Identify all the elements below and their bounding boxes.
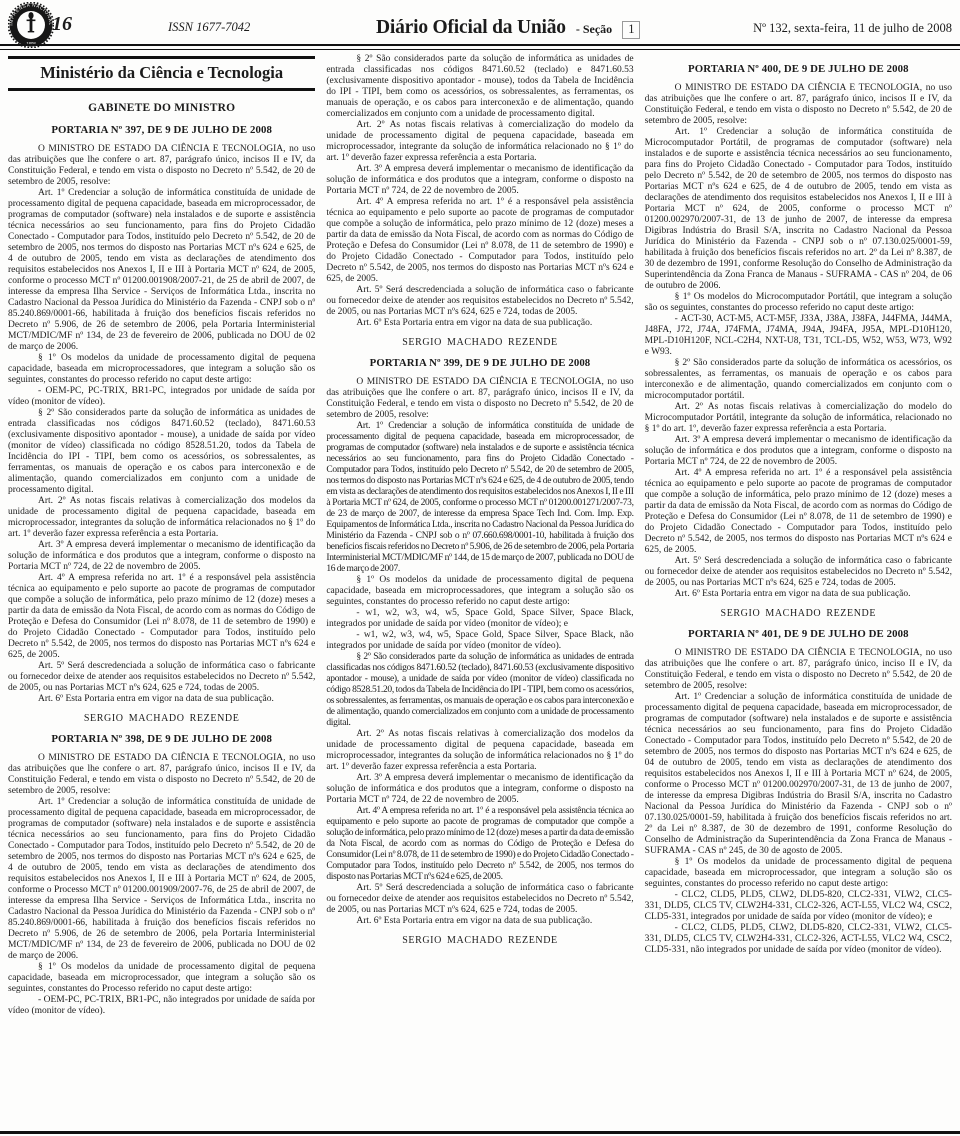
- paragraph: Art. 6º Esta Portaria entra em vigor na …: [326, 318, 633, 329]
- gazette-page: IMPRENSA NACIONAL 1808 16 ISSN 1677-7042…: [0, 0, 960, 1136]
- portaria-heading: PORTARIA Nº 400, DE 9 DE JULHO DE 2008: [645, 63, 952, 75]
- signature: SERGIO MACHADO REZENDE: [645, 608, 952, 619]
- paragraph: § 1º Os modelos da unidade de processame…: [645, 857, 952, 890]
- paragraph: Art. 4º A empresa referida no art. 1º é …: [8, 573, 315, 661]
- paragraph: § 2º São considerados parte da solução d…: [8, 408, 315, 496]
- imprensa-nacional-logo: IMPRENSA NACIONAL 1808: [8, 2, 54, 48]
- paragraph: - CLC2, CLD5, PLD5, CLW2, DLD5-820, CLC2…: [645, 923, 952, 956]
- paragraph: - ACT-30, ACT-M5, ACT-M5F, J33A, J38A, J…: [645, 314, 952, 358]
- paragraph: Art. 3º A empresa deverá implementar o m…: [326, 164, 633, 197]
- paragraph: Art. 1º Credenciar a solução de informát…: [326, 421, 633, 575]
- paragraph: Art. 4º A empresa referida no art. 1º é …: [326, 806, 633, 883]
- paragraph: Art. 2º As notas fiscais relativas à com…: [8, 496, 315, 540]
- column-3: PORTARIA Nº 400, DE 9 DE JULHO DE 2008O …: [645, 54, 952, 1129]
- signature: SERGIO MACHADO REZENDE: [326, 935, 633, 946]
- paragraph: Art. 1º Credenciar a solução de informát…: [645, 127, 952, 292]
- paragraph: O MINISTRO DE ESTADO DA CIÊNCIA E TECNOL…: [645, 83, 952, 127]
- paragraph: O MINISTRO DE ESTADO DA CIÊNCIA E TECNOL…: [645, 648, 952, 692]
- paragraph: - OEM-PC, PC-TRIX, BR1-PC, não integrado…: [8, 995, 315, 1017]
- edition-info: Nº 132, sexta-feira, 11 de julho de 2008: [753, 21, 952, 36]
- paragraph: - OEM-PC, PC-TRIX, BR1-PC, integrados po…: [8, 386, 315, 408]
- paragraph: Art. 3º A empresa deverá implementar o m…: [645, 435, 952, 468]
- paragraph: § 1º Os modelos do Microcomputador Portá…: [645, 292, 952, 314]
- header-rule: [0, 44, 960, 50]
- paragraph: Art. 2º As notas fiscais relativas à com…: [326, 729, 633, 773]
- column-1: Ministério da Ciência e TecnologiaGABINE…: [8, 54, 315, 1129]
- paragraph: Art. 2º As notas fiscais relativas à com…: [645, 402, 952, 435]
- section-heading: GABINETE DO MINISTRO: [8, 102, 315, 115]
- section-label: - Seção: [576, 22, 612, 36]
- section-number: 1: [622, 21, 640, 39]
- paragraph: Art. 5º Será descredenciada a solução de…: [8, 661, 315, 694]
- paragraph: § 1º Os modelos da unidade de processame…: [8, 962, 315, 995]
- portaria-heading: PORTARIA Nº 397, DE 9 DE JULHO DE 2008: [8, 124, 315, 136]
- paragraph: Art. 6º Esta Portaria entra em vigor na …: [8, 694, 315, 705]
- portaria-heading: PORTARIA Nº 398, DE 9 DE JULHO DE 2008: [8, 733, 315, 745]
- signature: SERGIO MACHADO REZENDE: [8, 713, 315, 724]
- ministry-banner: Ministério da Ciência e Tecnologia: [8, 56, 315, 91]
- paragraph: Art. 5º Será descredenciada a solução de…: [645, 556, 952, 589]
- paragraph: § 1º Os modelos da unidade de processame…: [8, 353, 315, 386]
- paragraph: Art. 1º Credenciar a solução de informát…: [645, 692, 952, 857]
- paragraph: § 1º Os modelos da unidade de processame…: [326, 575, 633, 608]
- paragraph: O MINISTRO DE ESTADO DA CIÊNCIA E TECNOL…: [8, 753, 315, 797]
- paragraph: Art. 1º Credenciar a solução de informát…: [8, 188, 315, 353]
- paragraph: Art. 6º Esta Portaria entra em vigor na …: [645, 589, 952, 600]
- content-columns: Ministério da Ciência e TecnologiaGABINE…: [8, 54, 952, 1129]
- portaria-heading: PORTARIA Nº 399, DE 9 DE JULHO DE 2008: [326, 357, 633, 369]
- paragraph: Art. 4º A empresa referida no art. 1º é …: [645, 468, 952, 556]
- paragraph: Art. 1º Credenciar a solução de informát…: [8, 797, 315, 962]
- paragraph: Art. 3º A empresa deverá implementar o m…: [8, 540, 315, 573]
- paragraph: O MINISTRO DE ESTADO DA CIÊNCIA E TECNOL…: [8, 144, 315, 188]
- signature: SERGIO MACHADO REZENDE: [326, 337, 633, 348]
- paragraph: Art. 4º A empresa referida no art. 1º é …: [326, 197, 633, 285]
- paragraph: § 2º São considerados parte da solução d…: [326, 54, 633, 120]
- paragraph: - CLC2, CLD5, PLD5, CLW2, DLD5-820, CLC2…: [645, 890, 952, 923]
- paragraph: O MINISTRO DE ESTADO DA CIÊNCIA E TECNOL…: [326, 377, 633, 421]
- paragraph: § 2º São considerados parte da solução d…: [326, 652, 633, 729]
- imprensa-nacional-seal-icon: IMPRENSA NACIONAL 1808: [8, 2, 54, 48]
- footer-rule: [0, 1131, 960, 1135]
- paragraph: Art. 5º Será descredenciada a solução de…: [326, 285, 633, 318]
- paragraph: Art. 2º As notas fiscais relativas à com…: [326, 120, 633, 164]
- gazette-title: Diário Oficial da União: [376, 17, 566, 38]
- issn-label: ISSN 1677-7042: [168, 20, 250, 35]
- paragraph: Art. 3º A empresa deverá implementar o m…: [326, 773, 633, 806]
- paragraph: § 2º São considerados parte da solução d…: [645, 358, 952, 402]
- portaria-heading: PORTARIA Nº 401, DE 9 DE JULHO DE 2008: [645, 628, 952, 640]
- column-2: § 2º São considerados parte da solução d…: [326, 54, 633, 1129]
- paragraph: - w1, w2, w3, w4, w5, Space Gold, Space …: [326, 630, 633, 652]
- paragraph: Art. 6º Esta Portaria entra em vigor na …: [326, 916, 633, 927]
- paragraph: Art. 5º Será descredenciada a solução de…: [326, 883, 633, 916]
- masthead: Diário Oficial da União - Seção 1: [376, 17, 640, 39]
- page-number: 16: [52, 13, 72, 36]
- paragraph: - w1, w2, w3, w4, w5, Space Gold, Space …: [326, 608, 633, 630]
